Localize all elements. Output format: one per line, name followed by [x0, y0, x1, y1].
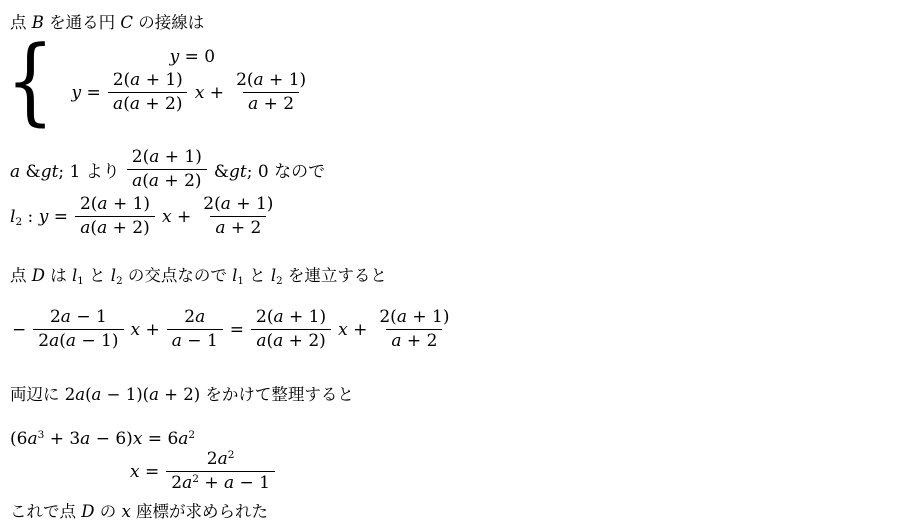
fraction-denominator: a(a + 2) [108, 92, 187, 115]
fraction: 2a a − 1 [167, 307, 223, 352]
fraction-numerator: 2(a + 1) [374, 307, 454, 329]
fraction: 2a2 2a2 + a − 1 [166, 449, 275, 494]
text-line-conclusion: これで点 D の x 座標が求められた [10, 501, 268, 523]
minus-sign: − [12, 320, 26, 340]
fraction-denominator: 2a(a − 1) [33, 329, 123, 352]
text-line-intersection: 点 D は l1 と l2 の交点なので l1 と l2 を連立すると [10, 265, 387, 287]
solution-equation: x = 2a2 2a2 + a − 1 [130, 449, 277, 494]
inequality-prefix: a &gt; 1 より [10, 157, 120, 182]
fraction-numerator: 2(a + 1) [251, 307, 331, 329]
fraction-denominator: 2a2 + a − 1 [166, 471, 275, 494]
equation-middle-term: x + [162, 207, 191, 227]
fraction-numerator: 2(a + 1) [231, 70, 311, 92]
fraction-denominator: a + 2 [386, 329, 442, 352]
fraction-denominator: a(a + 2) [251, 329, 330, 352]
equation-lhs: l2 : y = [10, 207, 68, 227]
left-brace-icon: { [6, 36, 54, 126]
fraction-numerator: 2a2 [202, 449, 240, 471]
system-equations-column: y = 0 y = 2(a + 1) a(a + 2) x + 2(a + 1)… [71, 47, 313, 115]
fraction-denominator: a + 2 [210, 216, 266, 239]
fraction: 2(a + 1) a(a + 2) [251, 307, 331, 352]
fraction-numerator: 2(a + 1) [127, 147, 207, 169]
fraction: 2(a + 1) a + 2 [198, 194, 278, 239]
equation-lhs: y = [71, 83, 100, 103]
inequality-line: a &gt; 1 より 2(a + 1) a(a + 2) &gt; 0 なので [10, 147, 325, 192]
system-equation-bottom: y = 2(a + 1) a(a + 2) x + 2(a + 1) a + 2 [71, 70, 313, 115]
equation-middle-term: x + [131, 320, 160, 340]
document-page: 点 B を通る円 C の接線は { y = 0 y = 2(a + 1) a(a… [0, 0, 921, 531]
fraction-denominator: a + 2 [243, 92, 299, 115]
fraction-denominator: a − 1 [167, 329, 223, 352]
inequality-suffix: &gt; 0 なので [214, 157, 325, 182]
equation-system: { y = 0 y = 2(a + 1) a(a + 2) x + 2(a + … [6, 36, 313, 126]
fraction-numerator: 2(a + 1) [75, 194, 155, 216]
fraction-denominator: a(a + 2) [127, 169, 206, 192]
fraction-numerator: 2(a + 1) [198, 194, 278, 216]
equation-middle-term: x + [195, 83, 224, 103]
fraction-numerator: 2a − 1 [45, 307, 112, 329]
equation-lhs: x = [130, 462, 159, 482]
equation-middle-term: x + [338, 320, 367, 340]
polynomial-equation: (6a3 + 3a − 6)x = 6a2 [10, 428, 195, 450]
fraction: 2(a + 1) a(a + 2) [127, 147, 207, 192]
fraction: 2(a + 1) a(a + 2) [75, 194, 155, 239]
fraction-numerator: 2a [179, 307, 210, 329]
text-line-multiply-both-sides: 両辺に 2a(a − 1)(a + 2) をかけて整理すると [10, 384, 354, 406]
fraction: 2(a + 1) a + 2 [374, 307, 454, 352]
fraction: 2(a + 1) a + 2 [231, 70, 311, 115]
fraction: 2(a + 1) a(a + 2) [108, 70, 188, 115]
equals-sign: = [230, 320, 244, 340]
line-l2-equation: l2 : y = 2(a + 1) a(a + 2) x + 2(a + 1) … [10, 194, 280, 239]
fraction-denominator: a(a + 2) [75, 216, 154, 239]
fraction-numerator: 2(a + 1) [108, 70, 188, 92]
simultaneous-equation: − 2a − 1 2a(a − 1) x + 2a a − 1 = 2(a + … [12, 307, 456, 352]
fraction: 2a − 1 2a(a − 1) [33, 307, 123, 352]
system-equation-top: y = 0 [170, 47, 215, 67]
